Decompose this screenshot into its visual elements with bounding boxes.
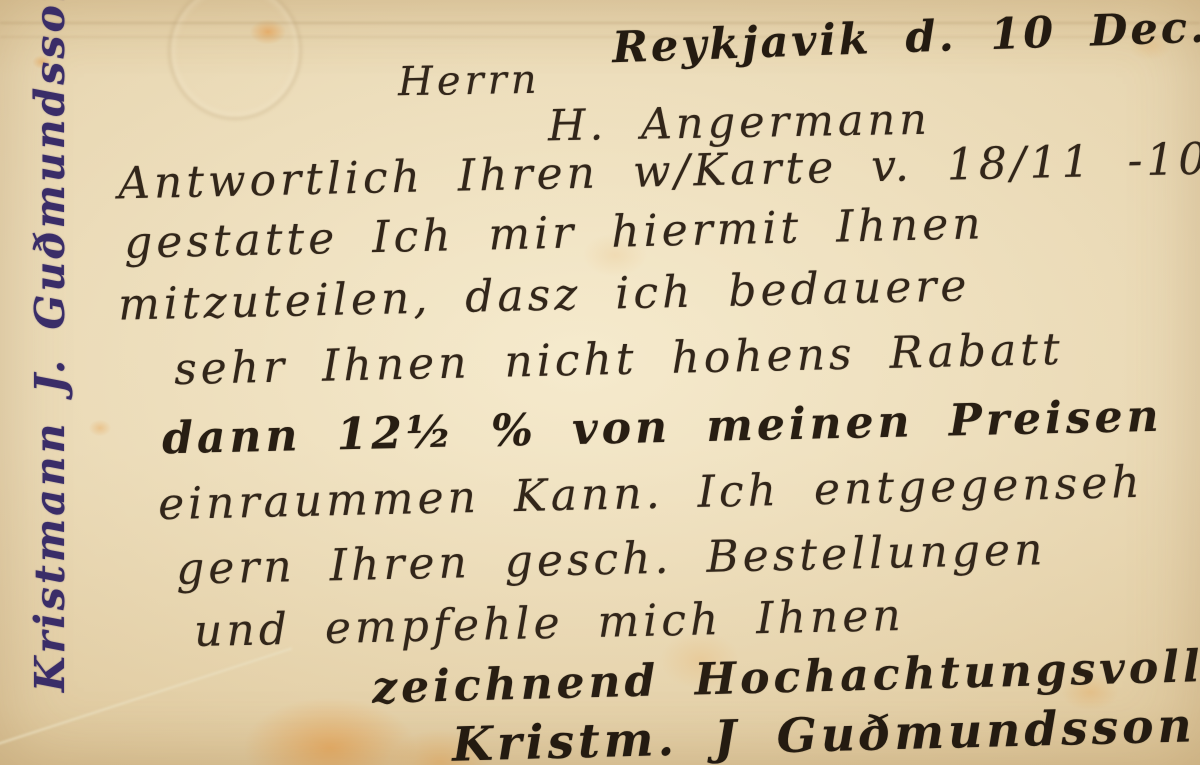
embossed-postal-circle xyxy=(168,0,302,120)
body-line-7: gern Ihren gesch. Bestellungen xyxy=(176,524,1047,595)
body-line-3: mitzuteilen, dasz ich bedauere xyxy=(118,260,971,330)
recipient-title: Herrn xyxy=(398,57,541,105)
body-line-8: und empfehle mich Ihnen xyxy=(194,590,906,657)
postcard-scan: Kristmann J. Guðmundsson. Reykjavik d. 1… xyxy=(0,0,1200,765)
body-line-4: sehr Ihnen nicht hohens Rabatt xyxy=(174,324,1065,395)
body-line-2: gestatte Ich mir hiermit Ihnen xyxy=(124,198,986,269)
body-line-5: dann 12½ % von meinen Preisen xyxy=(162,391,1164,465)
sender-stamp: Kristmann J. Guðmundsson. xyxy=(26,0,74,692)
dateline: Reykjavik d. 10 Dec. 1910 xyxy=(611,0,1200,73)
body-line-6: einraummen Kann. Ich entgegenseh xyxy=(158,457,1145,530)
